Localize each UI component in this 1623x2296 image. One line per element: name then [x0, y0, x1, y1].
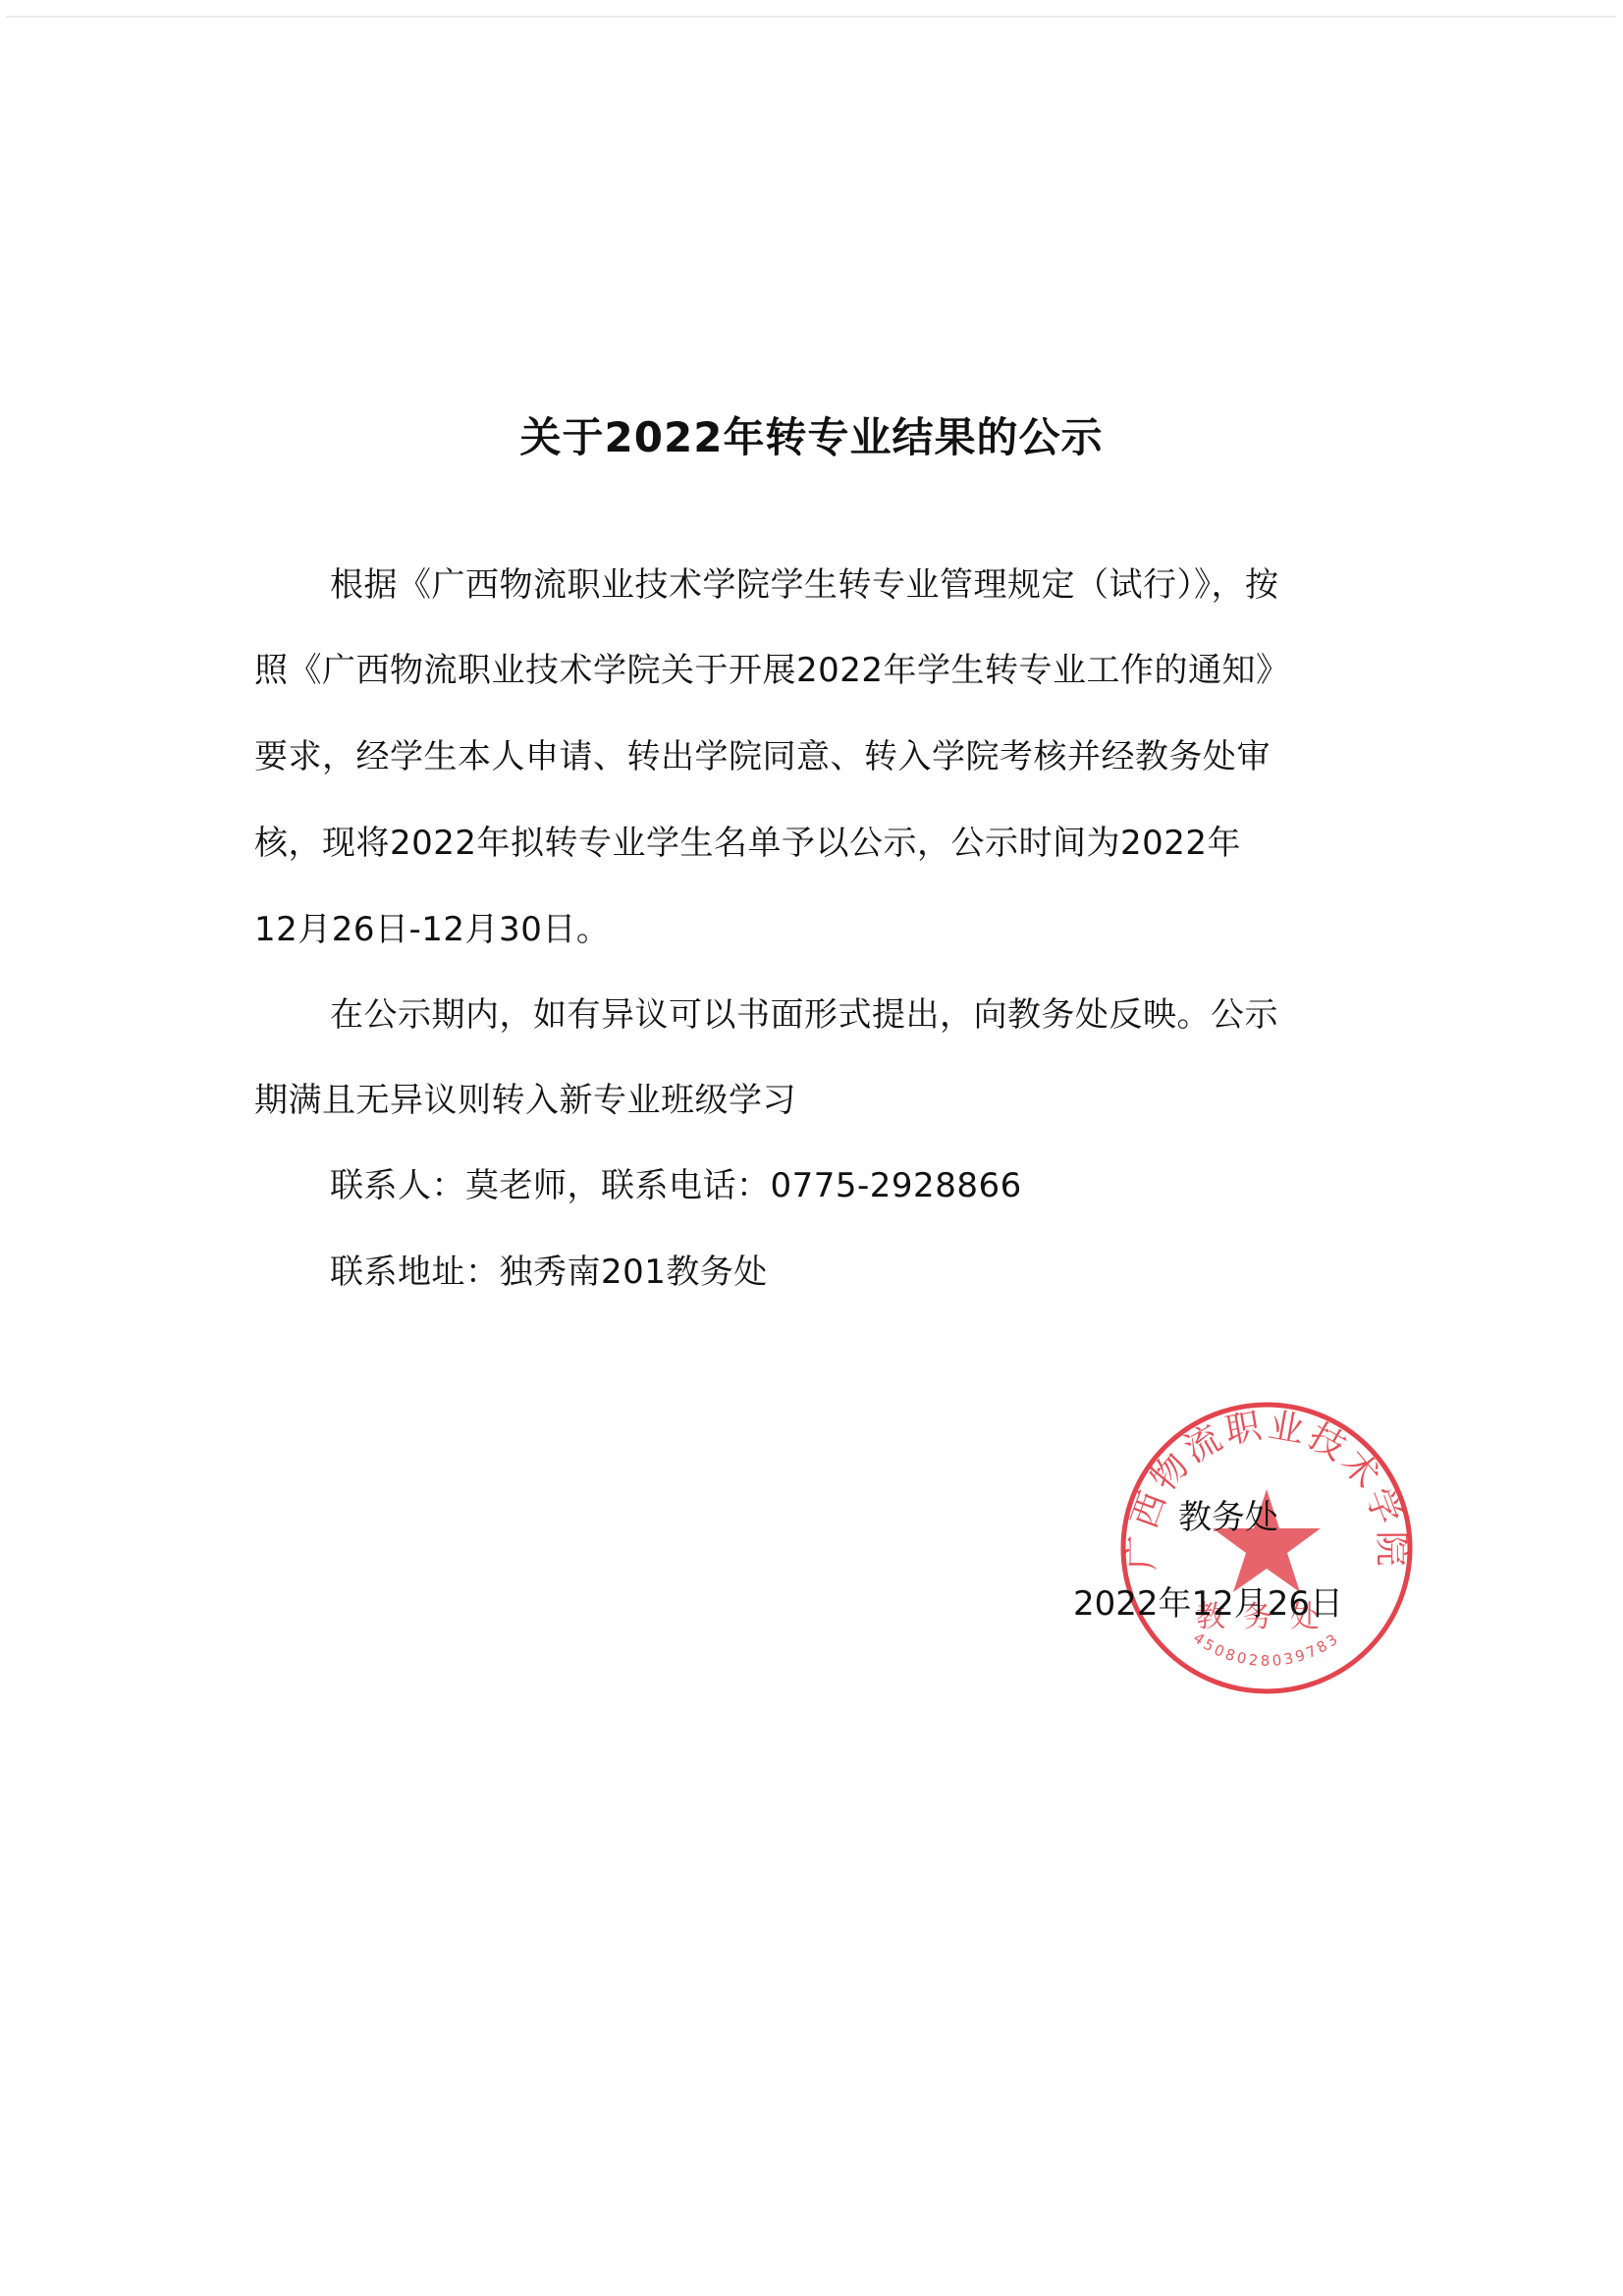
paragraph-2-line-2: 期满且无异议则转入新专业班级学习: [254, 1073, 796, 1121]
scan-edge-line: [6, 16, 1616, 18]
signature-department: 教务处: [1178, 1490, 1278, 1538]
paragraph-2-line-1: 在公示期内，如有异议可以书面形式提出，向教务处反映。公示: [330, 988, 1278, 1036]
paragraph-1-line-5: 12月26日-12月30日。: [254, 902, 610, 950]
official-seal-icon: 广西物流职业技术学院 教务处 4508028039783: [1114, 1396, 1419, 1700]
document-title: 关于2022年转专业结果的公示: [0, 405, 1623, 464]
paragraph-1-line-4: 核，现将2022年拟转专业学生名单予以公示，公示时间为2022年: [254, 816, 1241, 864]
svg-text:4508028039783: 4508028039783: [1190, 1629, 1343, 1670]
paragraph-1-line-2: 照《广西物流职业技术学院关于开展2022年学生转专业工作的通知》: [254, 643, 1290, 691]
signature-date: 2022年12月26日: [1073, 1576, 1343, 1625]
paragraph-1-line-1: 根据《广西物流职业技术学院学生转专业管理规定（试行）》，按: [330, 558, 1279, 606]
seal-code: 4508028039783: [1190, 1629, 1343, 1670]
contact-person: 联系人：莫老师，联系电话：0775-2928866: [330, 1158, 1022, 1206]
paragraph-1-line-3: 要求，经学生本人申请、转出学院同意、转入学院考核并经教务处审: [254, 729, 1271, 777]
contact-address: 联系地址：独秀南201教务处: [330, 1245, 768, 1293]
